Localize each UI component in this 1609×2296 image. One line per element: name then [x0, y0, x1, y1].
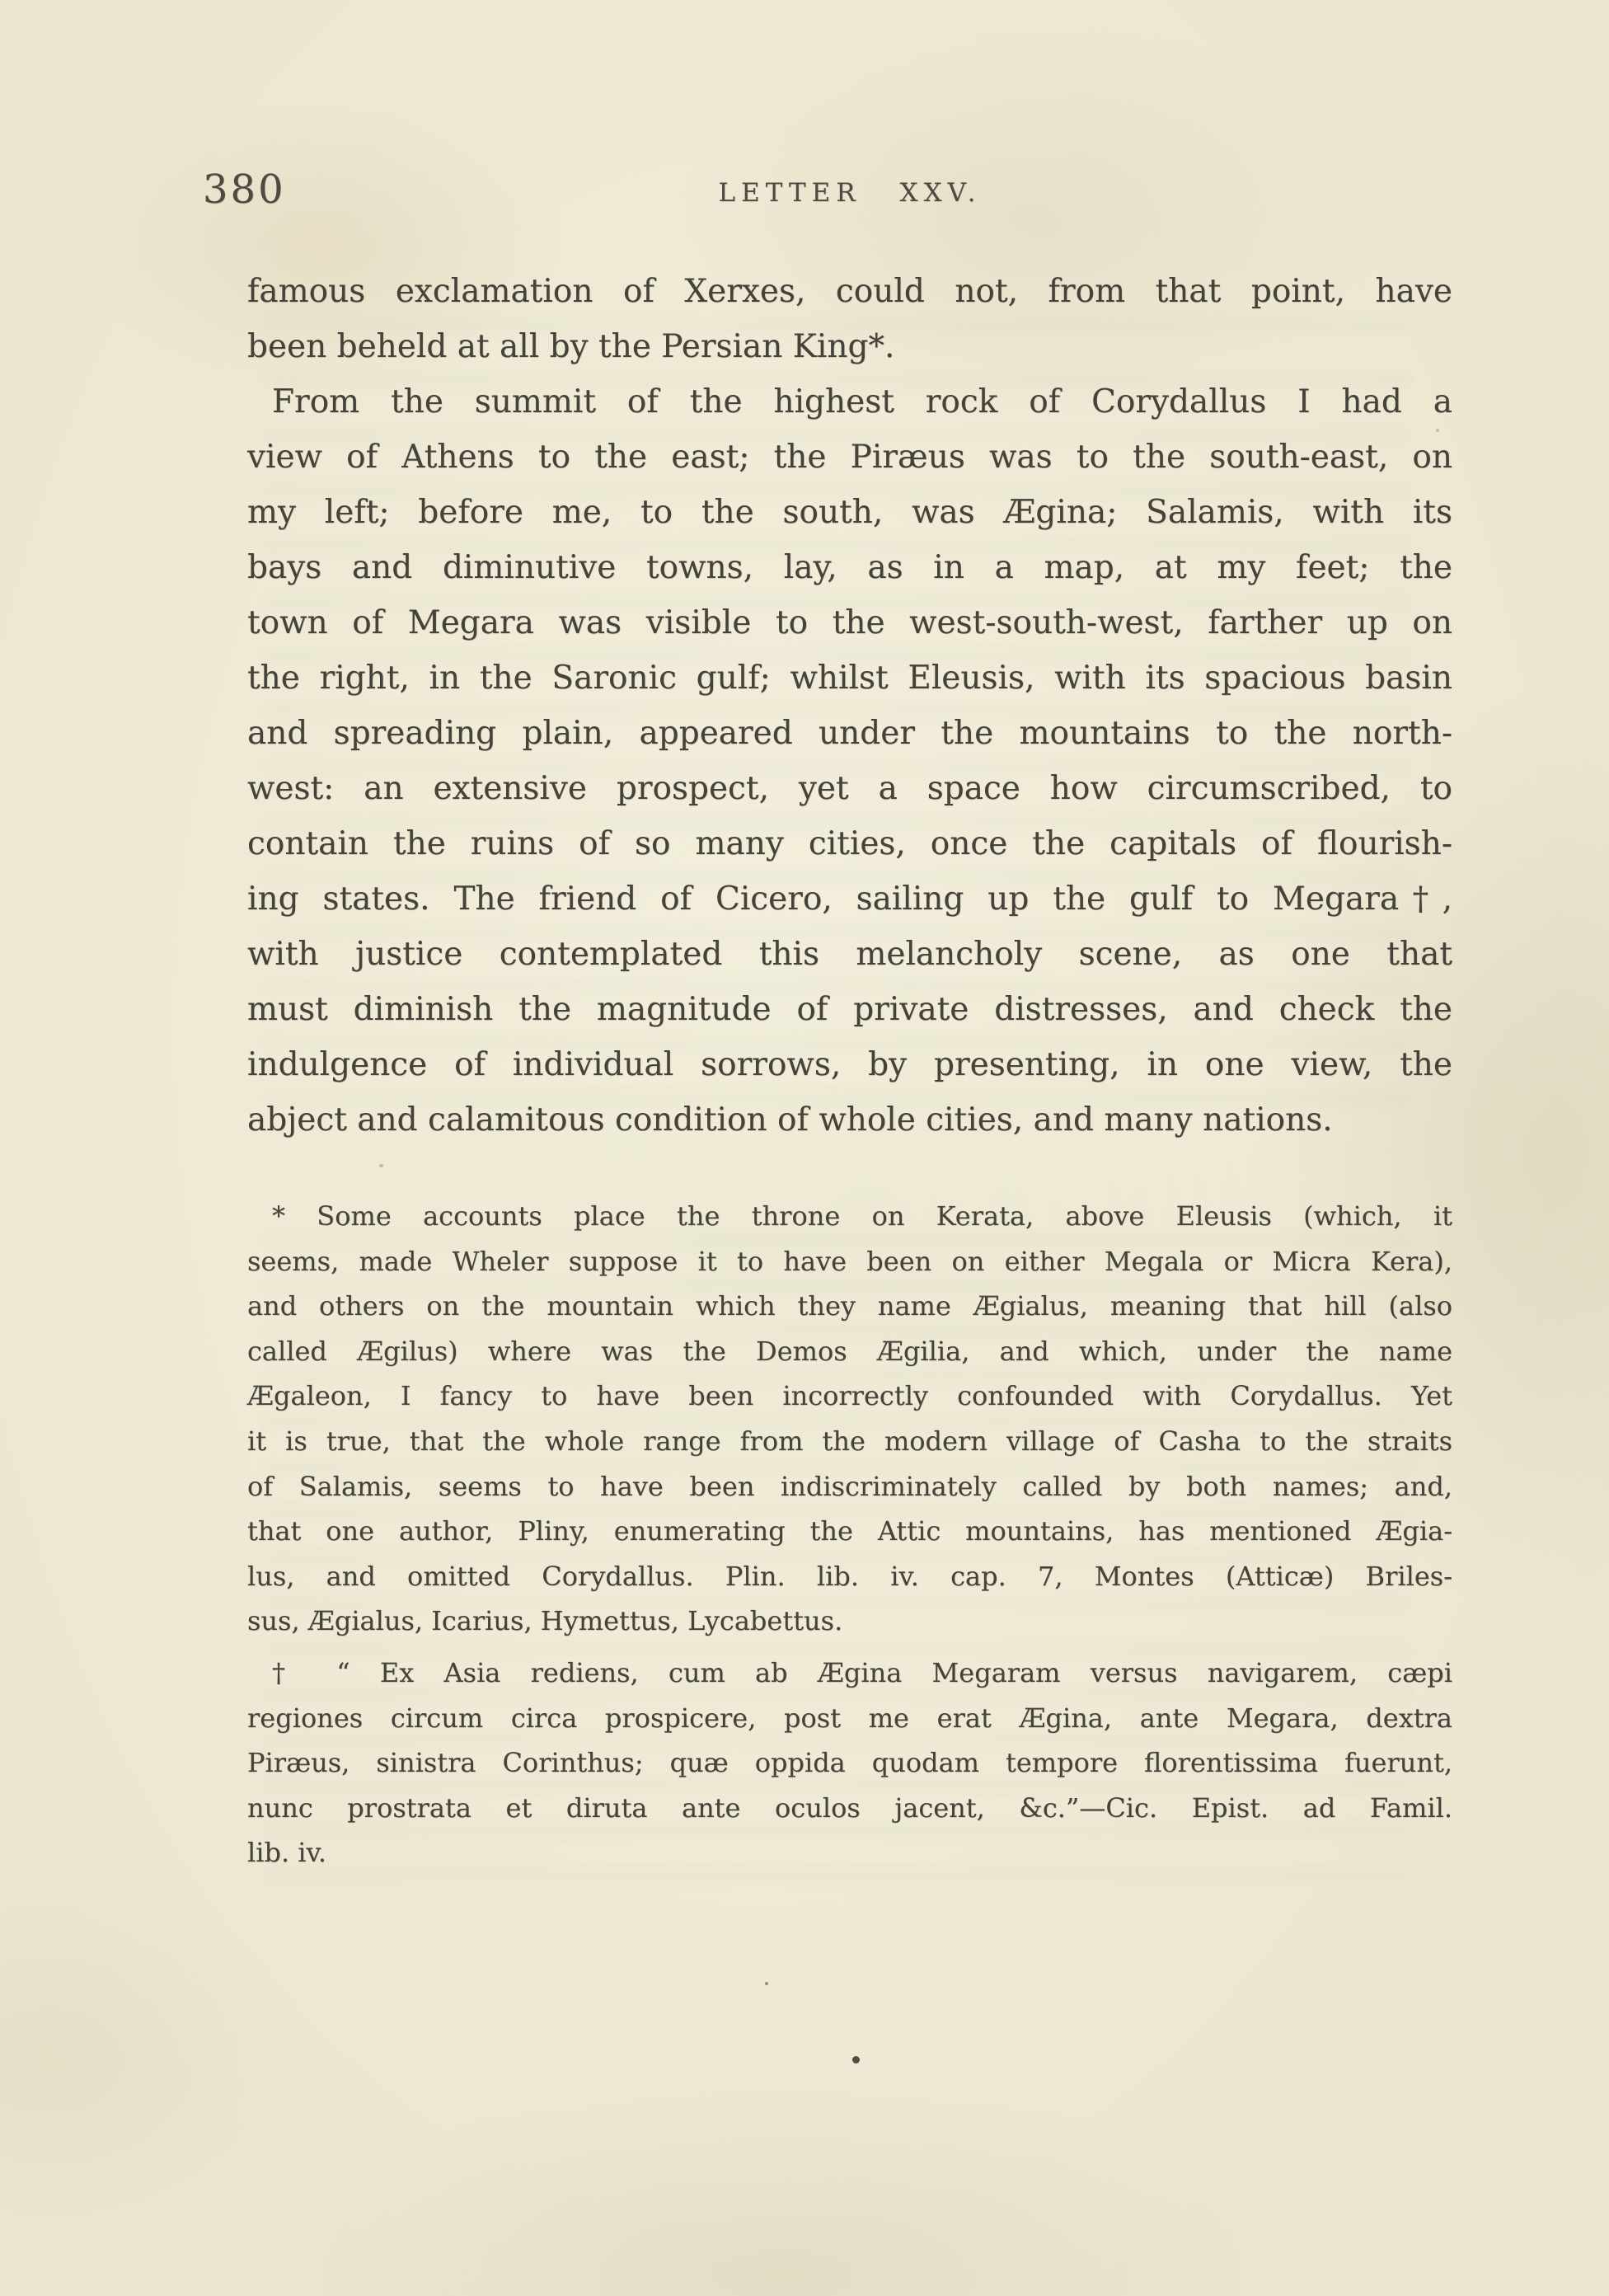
- ink-speck: [765, 1982, 768, 1985]
- text-line: my left; before me, to the south, was Æg…: [247, 485, 1452, 540]
- footnote-dagger: † “ Ex Asia rediens, cum ab Ægina Megara…: [247, 1650, 1452, 1876]
- text-line: that one author, Pliny, enumerating the …: [247, 1509, 1452, 1554]
- text-line: nunc prostrata et diruta ante oculos jac…: [247, 1786, 1452, 1831]
- text-line: lus, and omitted Corydallus. Plin. lib. …: [247, 1554, 1452, 1599]
- ink-speck: [379, 1164, 383, 1167]
- text-line: indulgence of individual sorrows, by pre…: [247, 1037, 1452, 1092]
- text-line: town of Megara was visible to the west-s…: [247, 595, 1452, 650]
- running-header: LETTER XXV.: [247, 178, 1452, 208]
- text-line: abject and calamitous condition of whole…: [247, 1092, 1452, 1148]
- text-line: called Ægilus) where was the Demos Ægili…: [247, 1329, 1452, 1374]
- text-line: the right, in the Saronic gulf; whilst E…: [247, 650, 1452, 706]
- text-line: Piræus, sinistra Corinthus; quæ oppida q…: [247, 1740, 1452, 1786]
- text-line: Ægaleon, I fancy to have been incorrectl…: [247, 1373, 1452, 1419]
- text-line: must diminish the magnitude of private d…: [247, 982, 1452, 1037]
- text-line: † “ Ex Asia rediens, cum ab Ægina Megara…: [247, 1650, 1452, 1696]
- text-line: west: an extensive prospect, yet a space…: [247, 761, 1452, 816]
- text-line: it is true, that the whole range from th…: [247, 1419, 1452, 1464]
- footnote-asterisk: * Some accounts place the throne on Kera…: [247, 1194, 1452, 1644]
- ink-speck: [852, 2056, 860, 2064]
- text-line: lib. iv.: [247, 1830, 1452, 1876]
- text-line: regiones circum circa prospicere, post m…: [247, 1696, 1452, 1741]
- text-line: been beheld at all by the Persian King*.: [247, 319, 1452, 374]
- text-line: and others on the mountain which they na…: [247, 1284, 1452, 1329]
- text-line: From the summit of the highest rock of C…: [247, 374, 1452, 430]
- text-line: sus, Ægialus, Icarius, Hymettus, Lycabet…: [247, 1599, 1452, 1644]
- text-line: with justice contemplated this melanchol…: [247, 927, 1452, 982]
- text-line: ing states. The friend of Cicero, sailin…: [247, 871, 1452, 927]
- book-page-scan: 380 LETTER XXV. famous exclamation of Xe…: [0, 0, 1609, 2296]
- body-paragraph-main: From the summit of the highest rock of C…: [247, 374, 1452, 1148]
- text-line: * Some accounts place the throne on Kera…: [247, 1194, 1452, 1239]
- text-line: of Salamis, seems to have been indiscrim…: [247, 1464, 1452, 1510]
- text-line: bays and diminutive towns, lay, as in a …: [247, 540, 1452, 595]
- text-line: seems, made Wheler suppose it to have be…: [247, 1239, 1452, 1284]
- text-line: and spreading plain, appeared under the …: [247, 706, 1452, 761]
- text-line: view of Athens to the east; the Piræus w…: [247, 430, 1452, 485]
- body-paragraph-continued: famous exclamation of Xerxes, could not,…: [247, 264, 1452, 374]
- text-line: contain the ruins of so many cities, onc…: [247, 816, 1452, 871]
- text-line: famous exclamation of Xerxes, could not,…: [247, 264, 1452, 319]
